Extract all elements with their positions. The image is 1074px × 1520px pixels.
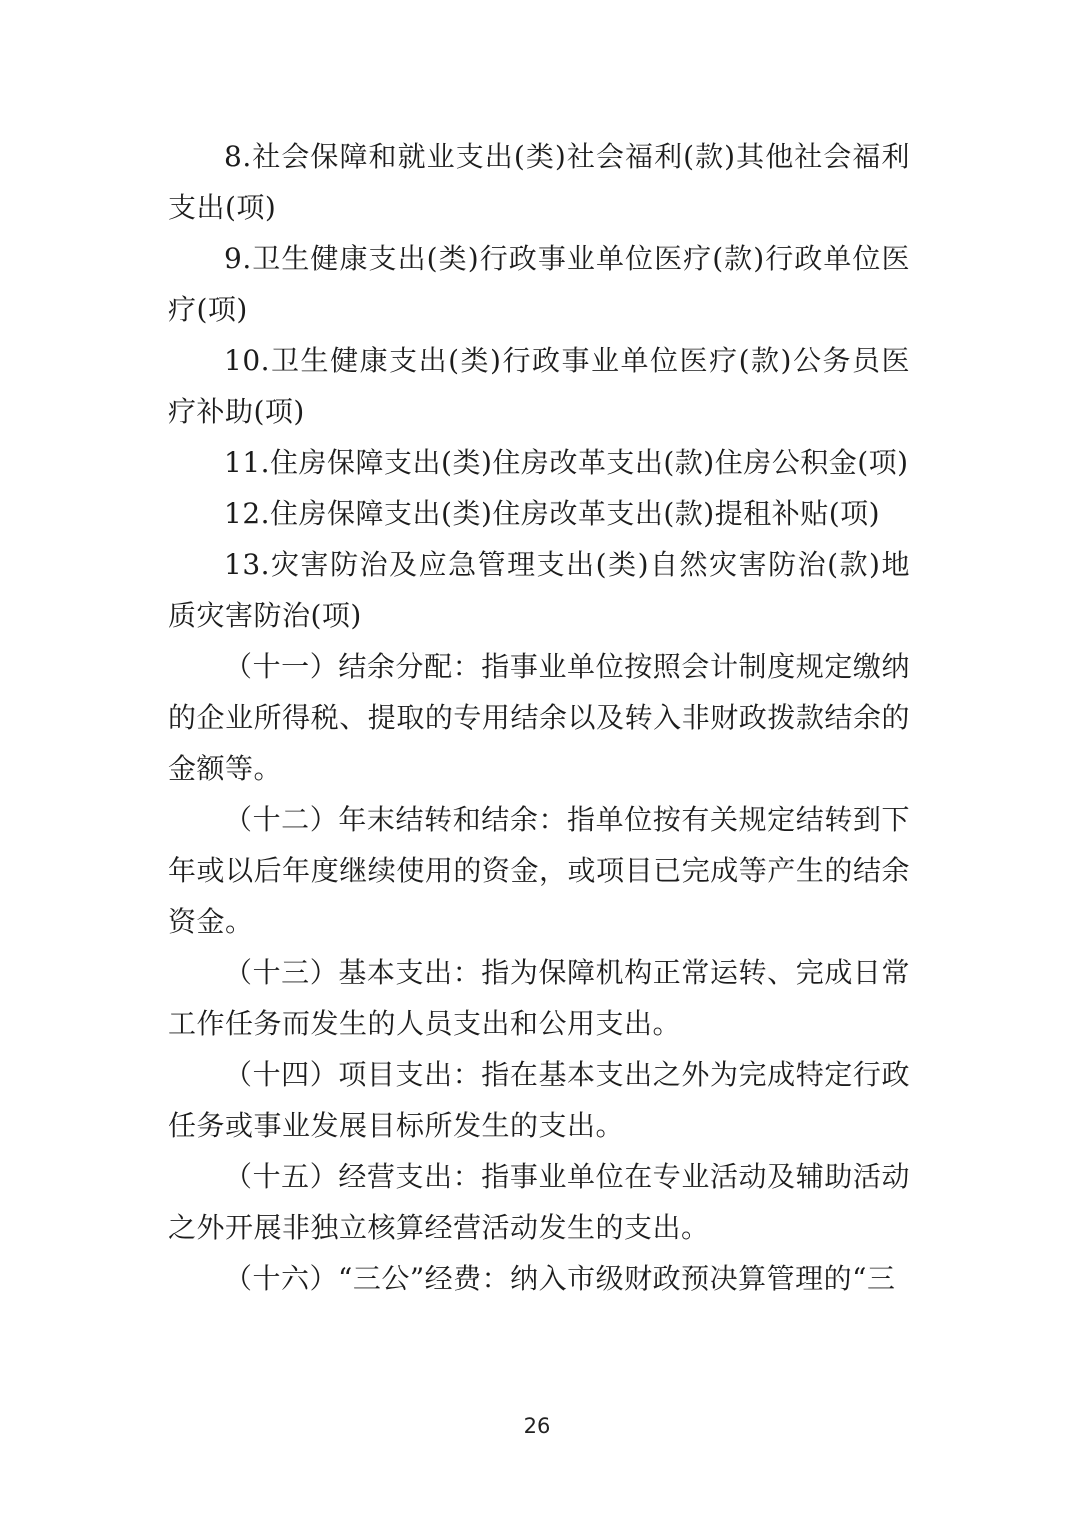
paragraph-item-8: 8.社会保障和就业支出(类)社会福利(款)其他社会福利支出(项) [168, 131, 910, 233]
paragraph-item-12: 12.住房保障支出(类)住房改革支出(款)提租补贴(项) [168, 488, 910, 539]
document-body: 8.社会保障和就业支出(类)社会福利(款)其他社会福利支出(项) 9.卫生健康支… [168, 131, 910, 1304]
document-page: 8.社会保障和就业支出(类)社会福利(款)其他社会福利支出(项) 9.卫生健康支… [0, 0, 1074, 1520]
page-number: 26 [0, 1414, 1074, 1438]
paragraph-term-13: （十三）基本支出：指为保障机构正常运转、完成日常工作任务而发生的人员支出和公用支… [168, 947, 910, 1049]
paragraph-item-13: 13.灾害防治及应急管理支出(类)自然灾害防治(款)地质灾害防治(项) [168, 539, 910, 641]
paragraph-item-10: 10.卫生健康支出(类)行政事业单位医疗(款)公务员医疗补助(项) [168, 335, 910, 437]
paragraph-term-16: （十六）“三公”经费：纳入市级财政预决算管理的“三 [168, 1253, 910, 1304]
paragraph-term-14: （十四）项目支出：指在基本支出之外为完成特定行政任务或事业发展目标所发生的支出。 [168, 1049, 910, 1151]
paragraph-item-9: 9.卫生健康支出(类)行政事业单位医疗(款)行政单位医疗(项) [168, 233, 910, 335]
paragraph-term-15: （十五）经营支出：指事业单位在专业活动及辅助活动之外开展非独立核算经营活动发生的… [168, 1151, 910, 1253]
paragraph-item-11: 11.住房保障支出(类)住房改革支出(款)住房公积金(项) [168, 437, 910, 488]
paragraph-term-12: （十二）年末结转和结余：指单位按有关规定结转到下年或以后年度继续使用的资金，或项… [168, 794, 910, 947]
paragraph-term-11: （十一）结余分配：指事业单位按照会计制度规定缴纳的企业所得税、提取的专用结余以及… [168, 641, 910, 794]
